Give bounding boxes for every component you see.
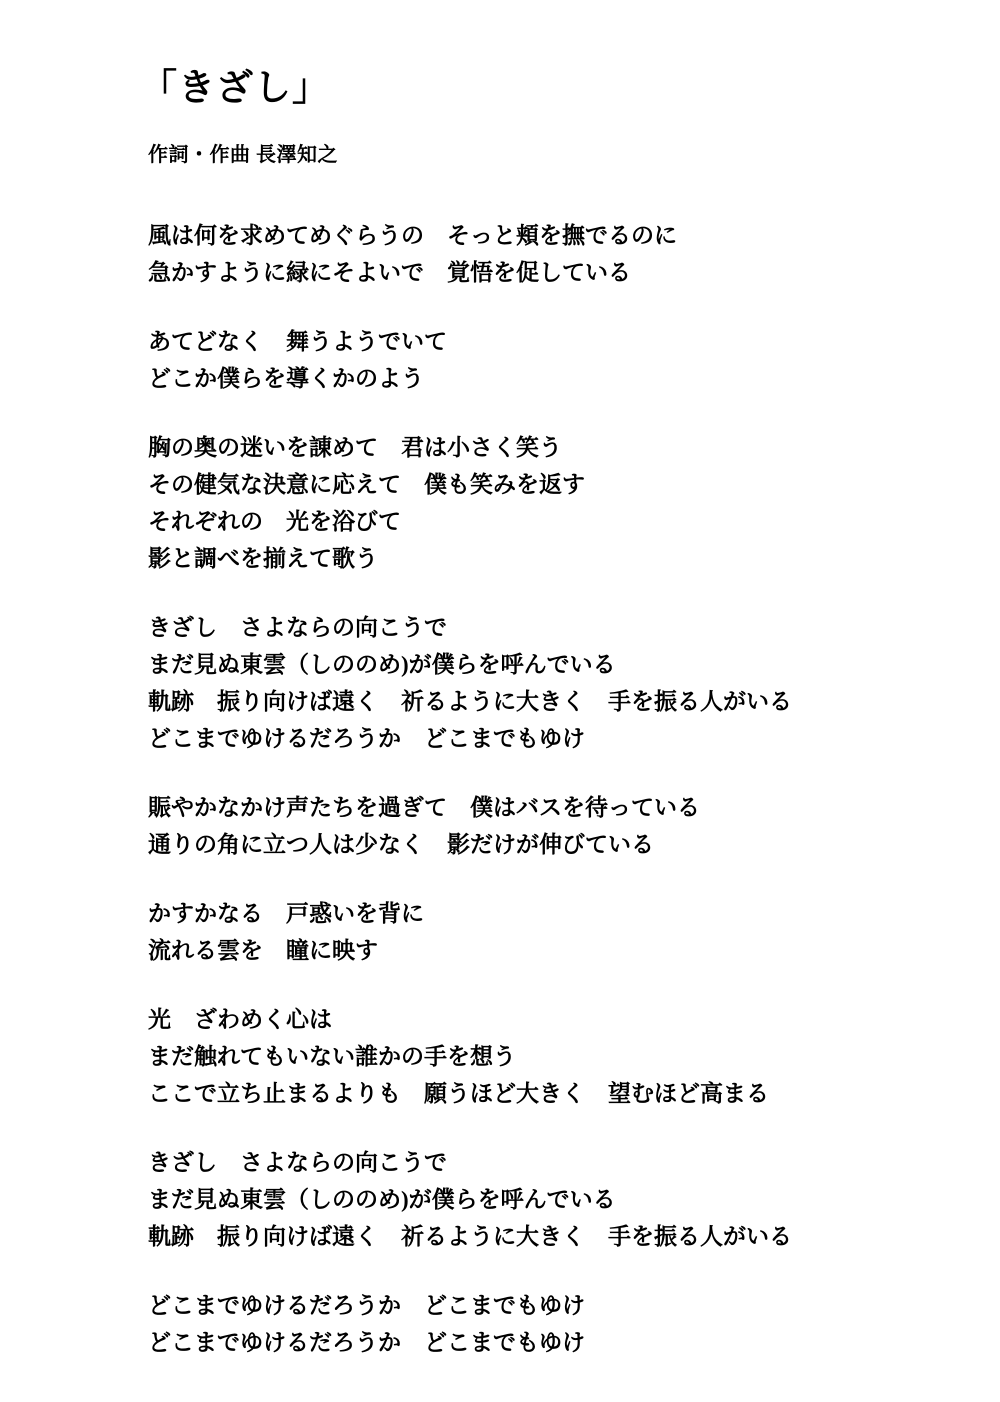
lyrics-body: 風は何を求めてめぐらうの そっと頬を撫でるのに急かすように緑にそよいで 覚悟を促… <box>148 217 940 1361</box>
lyric-line: 胸の奥の迷いを諌めて 君は小さく笑う <box>148 429 940 466</box>
lyric-line: きざし さよならの向こうで <box>148 609 940 646</box>
lyric-line: 急かすように緑にそよいで 覚悟を促している <box>148 254 940 291</box>
stanza: 光 ざわめく心はまだ触れてもいない誰かの手を想うここで立ち止まるよりも 願うほど… <box>148 1001 940 1112</box>
lyric-line: あてどなく 舞うようでいて <box>148 323 940 360</box>
lyric-line: きざし さよならの向こうで <box>148 1144 940 1181</box>
lyric-line: 軌跡 振り向けば遠く 祈るように大きく 手を振る人がいる <box>148 683 940 720</box>
lyric-line: まだ見ぬ東雲（しののめ)が僕らを呼んでいる <box>148 646 940 683</box>
lyric-line: 影と調べを揃えて歌う <box>148 540 940 577</box>
lyric-line: 流れる雲を 瞳に映す <box>148 932 940 969</box>
lyric-line: 風は何を求めてめぐらうの そっと頬を撫でるのに <box>148 217 940 254</box>
lyric-line: どこまでゆけるだろうか どこまでもゆけ <box>148 720 940 757</box>
lyric-line: どこまでゆけるだろうか どこまでもゆけ <box>148 1287 940 1324</box>
lyric-line: 光 ざわめく心は <box>148 1001 940 1038</box>
lyric-line: それぞれの 光を浴びて <box>148 503 940 540</box>
lyric-line: ここで立ち止まるよりも 願うほど大きく 望むほど高まる <box>148 1075 940 1112</box>
lyric-line: どこか僕らを導くかのよう <box>148 360 940 397</box>
lyric-line: 軌跡 振り向けば遠く 祈るように大きく 手を振る人がいる <box>148 1218 940 1255</box>
song-title: 「きざし」 <box>140 66 940 112</box>
stanza: 賑やかなかけ声たちを過ぎて 僕はバスを待っている通りの角に立つ人は少なく 影だけ… <box>148 789 940 863</box>
stanza: かすかなる 戸惑いを背に流れる雲を 瞳に映す <box>148 895 940 969</box>
credit-line: 作詞・作曲 長澤知之 <box>148 138 940 167</box>
lyric-line: 通りの角に立つ人は少なく 影だけが伸びている <box>148 826 940 863</box>
lyric-line: その健気な決意に応えて 僕も笑みを返す <box>148 466 940 503</box>
stanza: きざし さよならの向こうでまだ見ぬ東雲（しののめ)が僕らを呼んでいる軌跡 振り向… <box>148 1144 940 1255</box>
stanza: 風は何を求めてめぐらうの そっと頬を撫でるのに急かすように緑にそよいで 覚悟を促… <box>148 217 940 291</box>
lyric-line: かすかなる 戸惑いを背に <box>148 895 940 932</box>
stanza: きざし さよならの向こうでまだ見ぬ東雲（しののめ)が僕らを呼んでいる軌跡 振り向… <box>148 609 940 757</box>
lyrics-page: 「きざし」 作詞・作曲 長澤知之 風は何を求めてめぐらうの そっと頬を撫でるのに… <box>0 0 1000 1402</box>
stanza: あてどなく 舞うようでいてどこか僕らを導くかのよう <box>148 323 940 397</box>
lyric-line: どこまでゆけるだろうか どこまでもゆけ <box>148 1324 940 1361</box>
lyric-line: 賑やかなかけ声たちを過ぎて 僕はバスを待っている <box>148 789 940 826</box>
lyric-line: まだ触れてもいない誰かの手を想う <box>148 1038 940 1075</box>
stanza: 胸の奥の迷いを諌めて 君は小さく笑うその健気な決意に応えて 僕も笑みを返すそれぞ… <box>148 429 940 577</box>
stanza: どこまでゆけるだろうか どこまでもゆけどこまでゆけるだろうか どこまでもゆけ <box>148 1287 940 1361</box>
lyric-line: まだ見ぬ東雲（しののめ)が僕らを呼んでいる <box>148 1181 940 1218</box>
